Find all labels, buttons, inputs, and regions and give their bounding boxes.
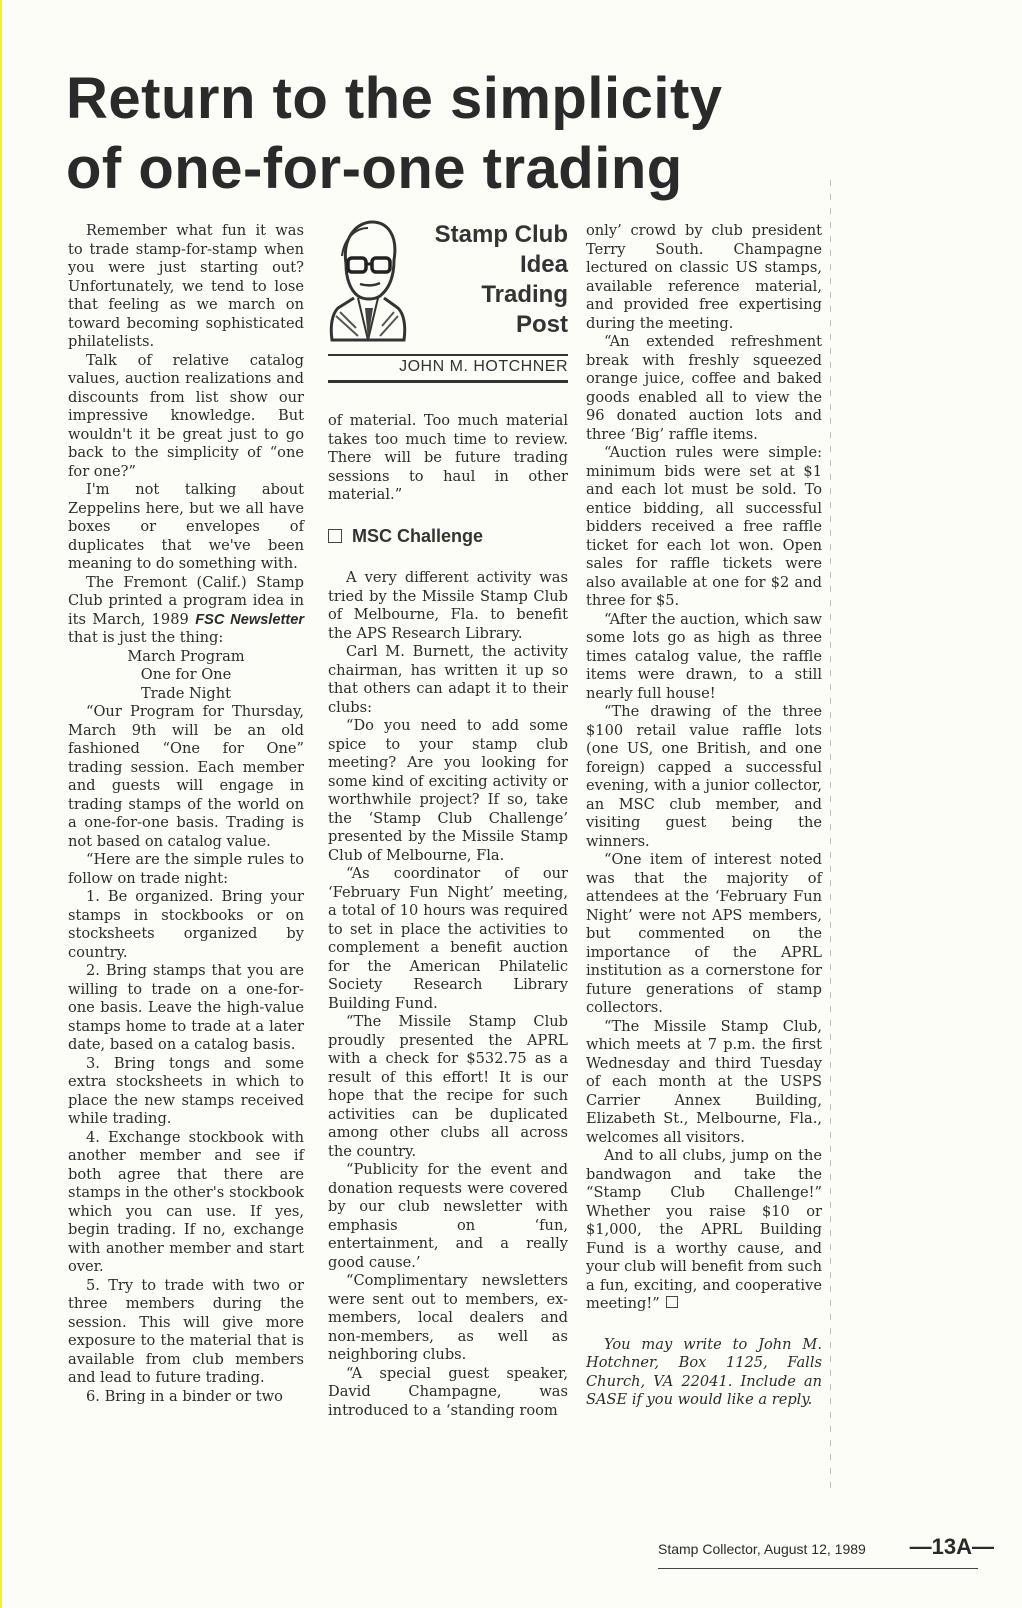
paragraph: Remember what fun it was to trade stamp-… [68,222,304,352]
paragraph: “Publicity for the event and donation re… [328,1161,568,1272]
paragraph: “The drawing of the three $100 retail va… [586,703,822,851]
header-divider [328,354,568,356]
end-mark-icon [666,1296,678,1308]
rule-item: 4. Exchange stockbook with another membe… [68,1129,304,1277]
author-portrait-icon [328,216,408,342]
rule-item: 6. Bring in a binder or two [68,1388,304,1407]
column-title: Stamp Club Idea Trading Post [435,220,568,340]
paragraph: of material. Too much material takes too… [328,412,568,505]
paragraph: Talk of relative catalog values, auction… [68,352,304,482]
paragraph: “Our Program for Thursday, March 9th wil… [68,703,304,851]
paragraph: “The Missile Stamp Club proudly presente… [328,1013,568,1161]
column-title-line: Post [435,310,568,340]
section-box-icon [328,529,342,543]
program-title-line: Trade Night [68,685,304,704]
article-column-1: Remember what fun it was to trade stamp-… [68,222,304,1406]
article-column-2: Stamp Club Idea Trading Post JOHN M. HOT… [328,214,568,1420]
paragraph: Carl M. Burnett, the activity chairman, … [328,643,568,717]
byline: JOHN M. HOTCHNER [399,358,568,377]
paragraph: “Auction rules were simple: minimum bids… [586,444,822,611]
column-title-line: Trading [435,280,568,310]
column-header: Stamp Club Idea Trading Post JOHN M. HOT… [328,214,568,384]
program-title-line: One for One [68,666,304,685]
subhead-text: MSC Challenge [352,527,483,546]
paragraph: And to all clubs, jump on the bandwagon … [586,1147,822,1314]
paragraph: “An extended refreshment break with fres… [586,333,822,444]
footer-divider [658,1568,978,1569]
headline-line-2: of one-for-one trading [66,134,723,204]
rule-item: 2. Bring stamps that you are willing to … [68,962,304,1055]
column-edge-divider [830,180,831,1490]
paragraph: “The Missile Stamp Club, which meets at … [586,1018,822,1148]
paragraph-text: And to all clubs, jump on the bandwagon … [586,1147,822,1312]
paragraph: “After the auction, which saw some lots … [586,611,822,704]
header-divider [328,380,568,383]
column-title-line: Stamp Club [435,220,568,250]
newsletter-title: FSC Newsletter [195,612,304,628]
page-footer: Stamp Collector, August 12, 1989 —13A— [658,1534,998,1569]
paragraph: “Do you need to add some spice to your s… [328,717,568,865]
author-note: You may write to John M. Hotchner, Box 1… [586,1336,822,1410]
paragraph: A very different activity was tried by t… [328,569,568,643]
rule-item: 3. Bring tongs and some extra stocksheet… [68,1055,304,1129]
article-column-3: only’ crowd by club president Terry Sout… [586,222,822,1410]
paragraph: “A special guest speaker, David Champagn… [328,1365,568,1421]
paragraph: I'm not talking about Zeppelins here, bu… [68,481,304,574]
paragraph: “One item of interest noted was that the… [586,851,822,1018]
headline: Return to the simplicity of one-for-one … [66,64,723,204]
rule-item: 5. Try to trade with two or three member… [68,1277,304,1388]
headline-line-1: Return to the simplicity [66,64,723,134]
program-title-line: March Program [68,648,304,667]
section-subhead: MSC Challenge [328,527,568,546]
page-number: —13A— [910,1534,994,1560]
column-title-line: Idea [435,250,568,280]
paragraph: “As coordinator of our ‘February Fun Nig… [328,865,568,1013]
paragraph: The Fremont (Calif.) Stamp Club printed … [68,574,304,648]
footer-line: Stamp Collector, August 12, 1989 —13A— [658,1534,998,1560]
paragraph-text: that is just the thing: [68,629,223,646]
paragraph: only’ crowd by club president Terry Sout… [586,222,822,333]
paragraph: “Here are the simple rules to follow on … [68,851,304,888]
paragraph: “Complimentary newsletters were sent out… [328,1272,568,1365]
rule-item: 1. Be organized. Bring your stamps in st… [68,888,304,962]
publication-dateline: Stamp Collector, August 12, 1989 [658,1541,866,1557]
